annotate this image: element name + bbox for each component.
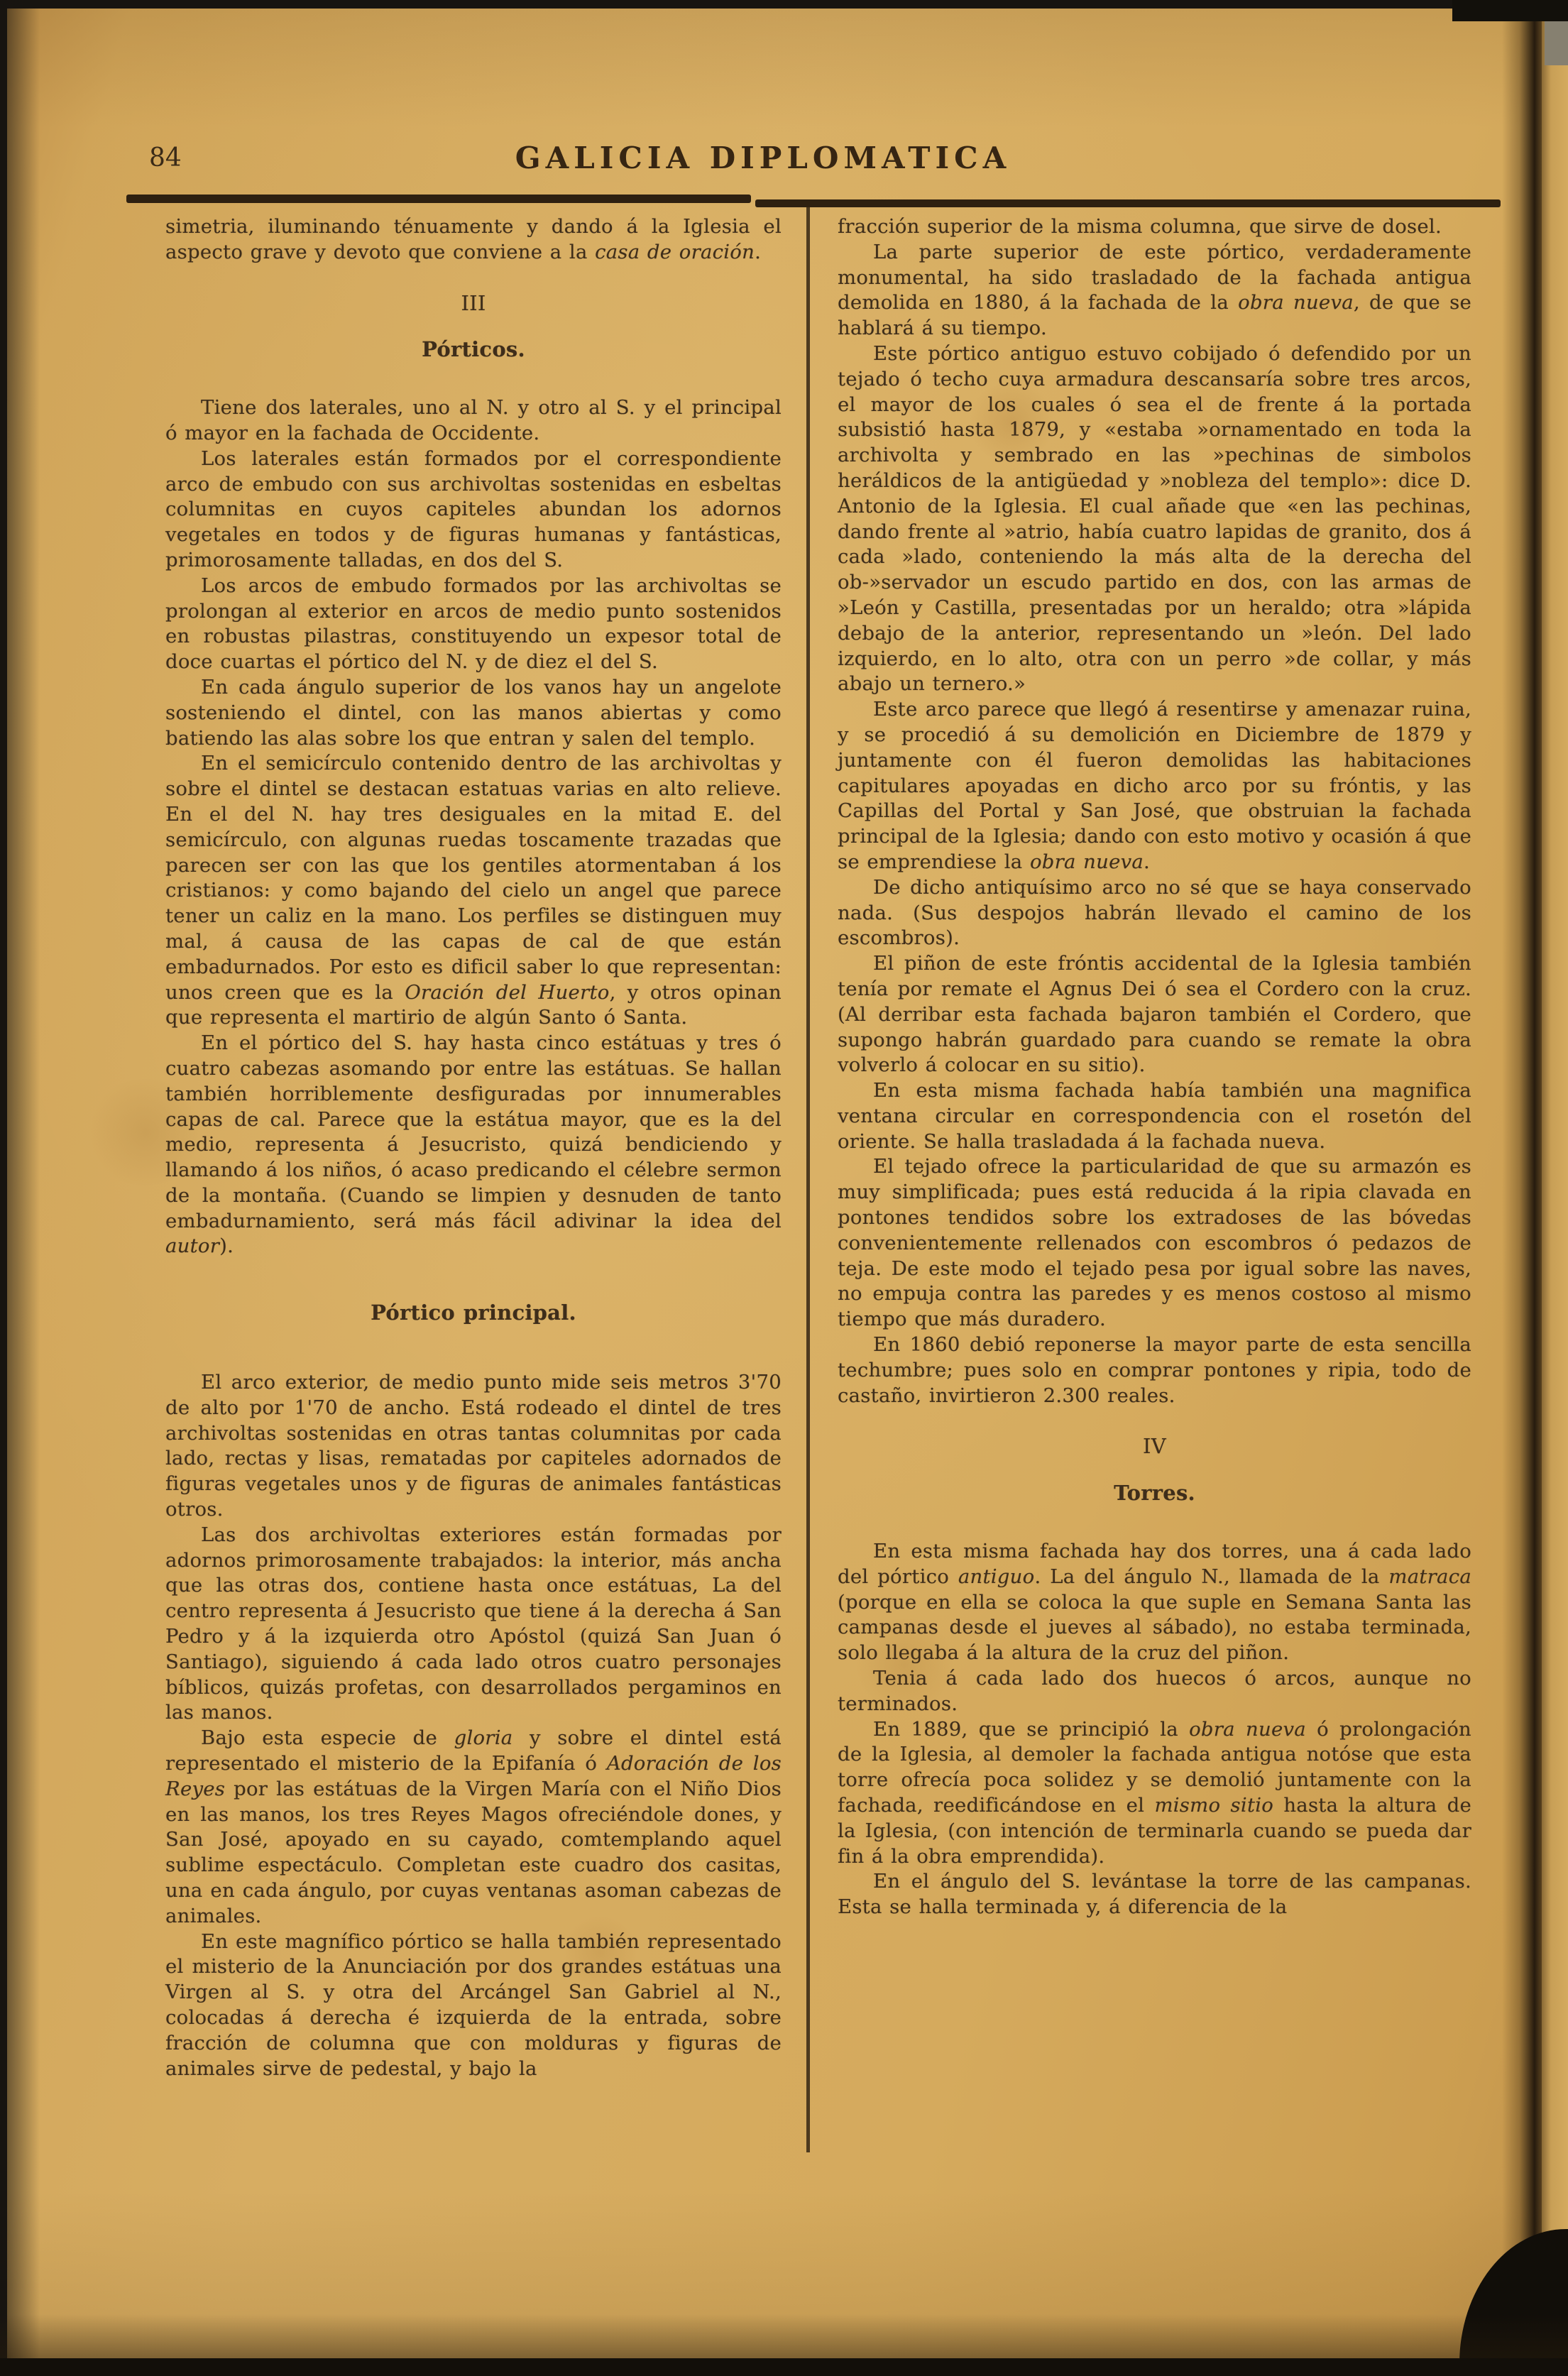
paragraph: En 1889, que se principió la obra nueva … bbox=[838, 1717, 1471, 1870]
paragraph: En este magnífico pórtico se halla tambi… bbox=[165, 1929, 782, 2082]
paragraph: Tenia á cada lado dos huecos ó arcos, au… bbox=[838, 1666, 1471, 1717]
paragraph: Este arco parece que llegó á resentirse … bbox=[838, 697, 1471, 875]
column-divider-rule bbox=[806, 207, 810, 2152]
paragraph: Tiene dos laterales, uno al N. y otro al… bbox=[165, 395, 782, 447]
paragraph: fracción superior de la misma columna, q… bbox=[838, 214, 1471, 240]
paragraph: En el pórtico del S. hay hasta cinco est… bbox=[165, 1031, 782, 1259]
left-column: simetria, iluminando ténuamente y dando … bbox=[165, 214, 782, 2081]
paragraph: El piñon de este fróntis accidental de l… bbox=[838, 951, 1471, 1078]
paragraph: Bajo esta especie de gloria y sobre el d… bbox=[165, 1726, 782, 1929]
paragraph: En cada ángulo superior de los vanos hay… bbox=[165, 675, 782, 751]
scan-edge-bottom-shadow bbox=[0, 2314, 1568, 2358]
paragraph: El tejado ofrece la particularidad de qu… bbox=[838, 1154, 1471, 1332]
page-title: GALICIA DIPLOMATICA bbox=[0, 141, 1526, 175]
section-number: III bbox=[165, 291, 782, 317]
section-title: Pórticos. bbox=[165, 337, 782, 363]
scan-edge-left bbox=[0, 0, 7, 2376]
paragraph: simetria, iluminando ténuamente y dando … bbox=[165, 214, 782, 265]
adjacent-page-edge bbox=[1542, 0, 1568, 2376]
section-number: IV bbox=[838, 1434, 1471, 1460]
header-rule-right bbox=[755, 199, 1501, 207]
right-column: fracción superior de la misma columna, q… bbox=[838, 214, 1471, 1920]
paragraph: Las dos archivoltas exteriores están for… bbox=[165, 1523, 782, 1726]
paragraph: En el ángulo del S. levántase la torre d… bbox=[838, 1869, 1471, 1920]
book-gutter-shadow bbox=[1502, 0, 1546, 2376]
section-title: Torres. bbox=[838, 1481, 1471, 1506]
scan-edge-bottom bbox=[0, 2358, 1568, 2376]
paragraph: En 1860 debió reponerse la mayor parte d… bbox=[838, 1332, 1471, 1408]
paragraph: Los laterales están formados por el corr… bbox=[165, 447, 782, 574]
scan-edge-top bbox=[0, 0, 1568, 9]
subsection-title: Pórtico principal. bbox=[165, 1301, 782, 1326]
paragraph: En esta misma fachada había también una … bbox=[838, 1078, 1471, 1154]
paragraph: En esta misma fachada hay dos torres, un… bbox=[838, 1539, 1471, 1666]
scanned-page: 84 GALICIA DIPLOMATICA simetria, ilumina… bbox=[0, 0, 1568, 2376]
paragraph: El arco exterior, de medio punto mide se… bbox=[165, 1370, 782, 1523]
paragraph: De dicho antiquísimo arco no sé que se h… bbox=[838, 875, 1471, 951]
paragraph: Los arcos de embudo formados por las arc… bbox=[165, 574, 782, 675]
header-rule-left bbox=[126, 195, 751, 203]
paragraph: En el semicírculo contenido dentro de la… bbox=[165, 751, 782, 1031]
paragraph: Este pórtico antiguo estuvo cobijado ó d… bbox=[838, 341, 1471, 697]
scan-edge-left-shadow bbox=[7, 0, 40, 2376]
scan-edge-top-right bbox=[1452, 0, 1568, 21]
paragraph: La parte superior de este pórtico, verda… bbox=[838, 240, 1471, 341]
